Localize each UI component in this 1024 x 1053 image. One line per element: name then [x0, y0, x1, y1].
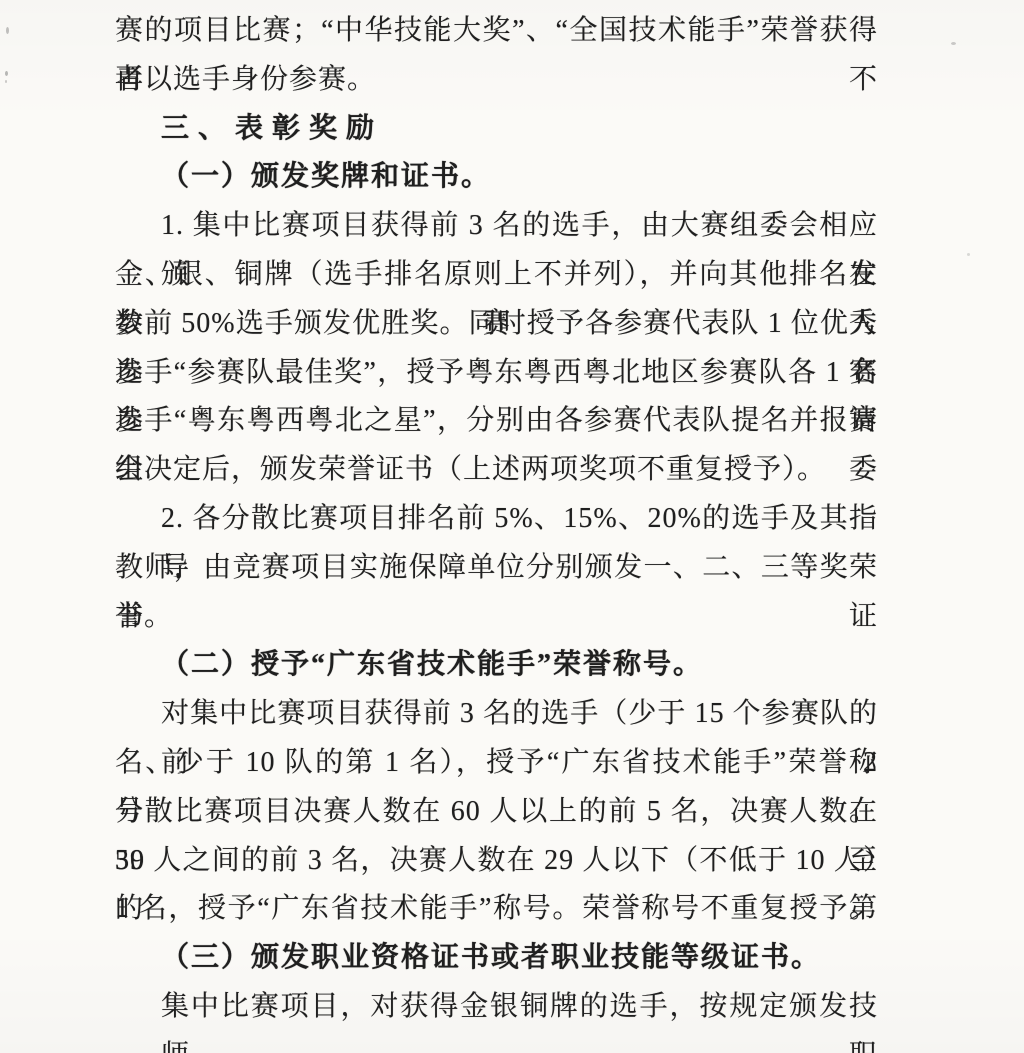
text-line: 赛的项目比赛；“中华技能大奖”、“全国技术能手”荣誉获得者不: [115, 7, 878, 56]
subsection-heading: （二）授予“广东省技术能手”荣誉称号。: [115, 641, 878, 690]
text-line: 1. 集中比赛项目获得前 3 名的选手，由大赛组委会相应颁发: [115, 202, 878, 251]
text-line: 集中比赛项目，对获得金银铜牌的选手，按规定颁发技师职: [115, 983, 878, 1032]
text-line: 选手“粤东粤西粤北之星”，分别由各参赛代表队提名并报请组委: [115, 397, 878, 446]
text-line: 分散比赛项目决赛人数在 60 人以上的前 5 名，决赛人数在 30 至: [115, 788, 878, 837]
text-line: 会决定后，颁发荣誉证书（上述两项奖项不重复授予）。: [115, 446, 878, 495]
section-heading: 三、表彰奖励: [115, 105, 878, 154]
text-line: 名、少于 10 队的第 1 名），授予“广东省技术能手”荣誉称号。: [115, 739, 878, 788]
document-page: 赛的项目比赛；“中华技能大奖”、“全国技术能手”荣誉获得者不再以选手身份参赛。三…: [0, 0, 1024, 1053]
subsection-heading: （三）颁发职业资格证书或者职业技能等级证书。: [115, 934, 878, 983]
text-line: 金、银、铜牌（选手排名原则上不并列），并向其他排名在参赛人: [115, 251, 878, 300]
scan-artifact: [5, 80, 7, 83]
text-line: 2. 各分散比赛项目排名前 5%、15%、20%的选手及其指导: [115, 495, 878, 544]
scan-artifact: [5, 71, 8, 76]
text-line: 对集中比赛项目获得前 3 名的选手（少于 15 个参赛队的前 2: [115, 690, 878, 739]
scan-artifact: [6, 27, 9, 34]
scan-artifact: [967, 253, 970, 256]
text-line: 1 名，授予“广东省技术能手”称号。荣誉称号不重复授予。: [115, 885, 878, 934]
text-line: 教师，由竞赛项目实施保障单位分别颁发一、二、三等奖荣誉证: [115, 544, 878, 593]
text-block: 赛的项目比赛；“中华技能大奖”、“全国技术能手”荣誉获得者不再以选手身份参赛。三…: [115, 7, 878, 1032]
text-line: 数前 50%选手颁发优胜奖。同时授予各参赛代表队 1 位优秀参赛: [115, 300, 878, 349]
text-line: 选手“参赛队最佳奖”，授予粤东粤西粤北地区参赛队各 1 名参赛: [115, 349, 878, 398]
scan-artifact: [951, 42, 956, 45]
text-line: 59 人之间的前 3 名，决赛人数在 29 人以下（不低于 10 人）的第: [115, 837, 878, 886]
subsection-heading: （一）颁发奖牌和证书。: [115, 153, 878, 202]
